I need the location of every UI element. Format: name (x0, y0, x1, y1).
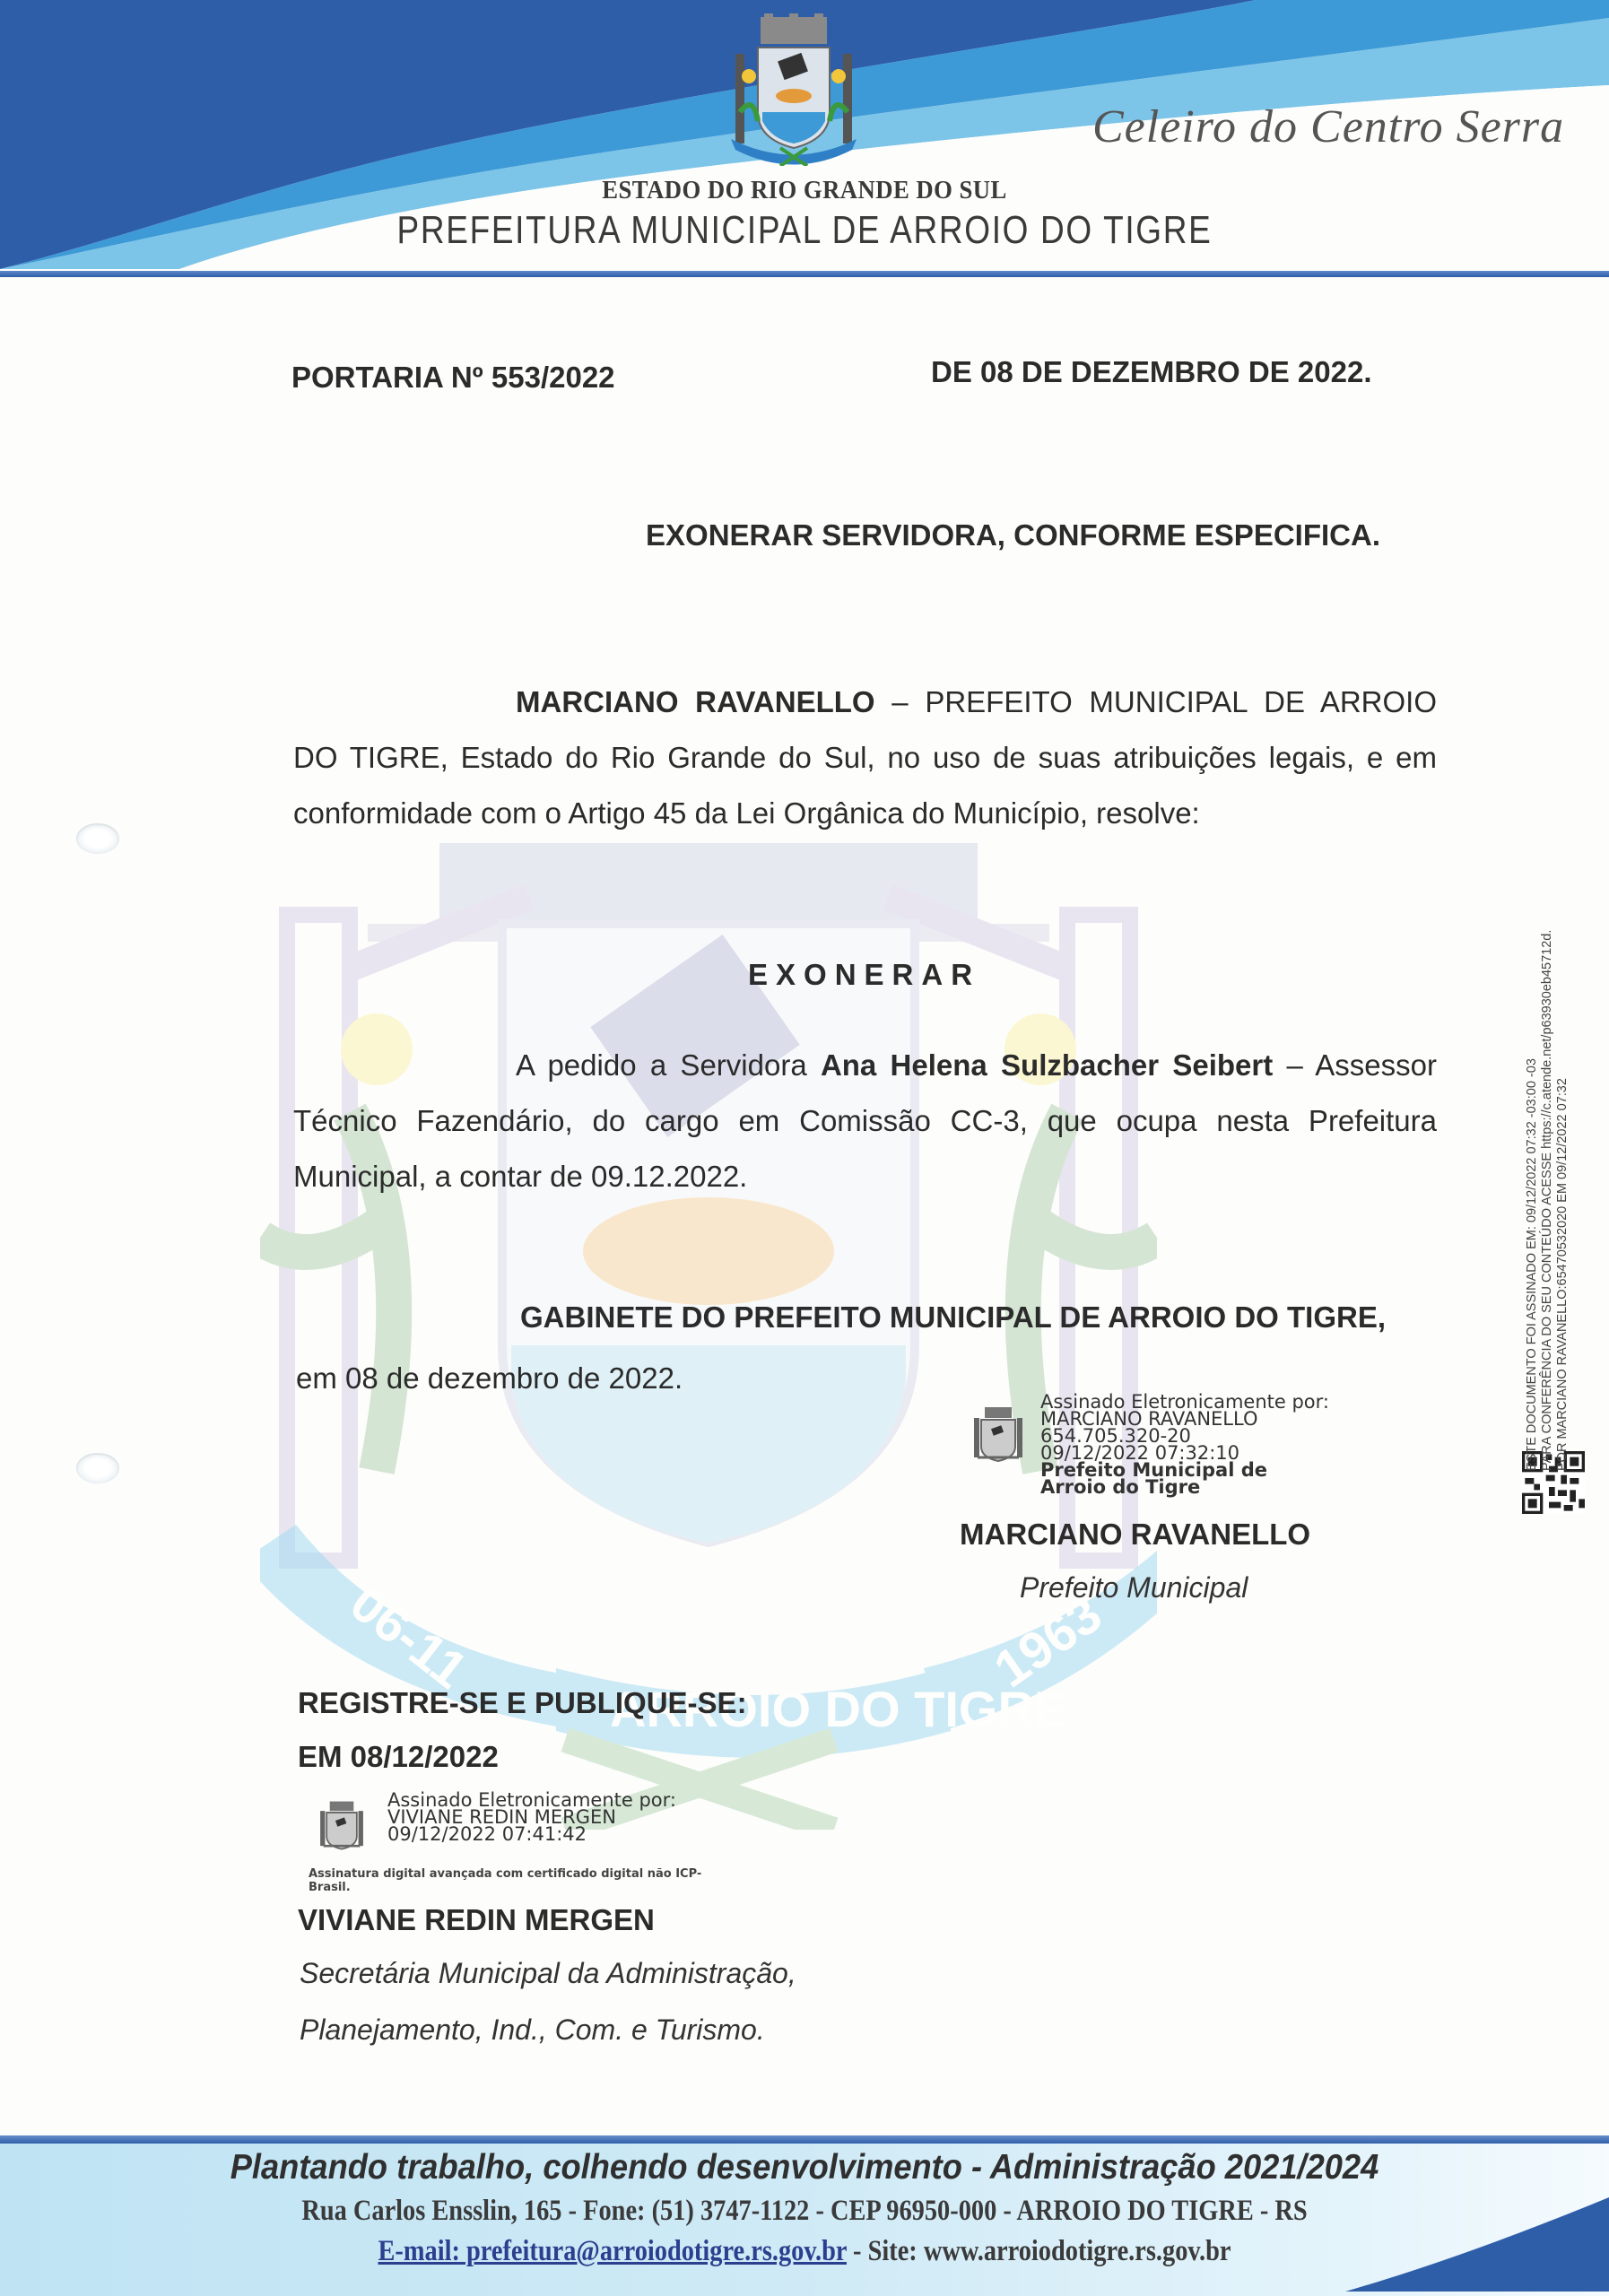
signature-seal-icon (314, 1796, 370, 1857)
header-divider (0, 271, 1609, 277)
state-name: ESTADO DO RIO GRANDE DO SUL (65, 176, 1544, 205)
article-paragraph: A pedido a Servidora Ana Helena Sulzbach… (293, 1038, 1437, 1205)
registration-heading: REGISTRE-SE E PUBLIQUE-SE: (298, 1686, 747, 1720)
mayor-electronic-signature-stamp: Assinado Eletronicamente por: MARCIANO R… (1040, 1394, 1329, 1496)
punch-hole (76, 1453, 119, 1483)
footer-slogan: Plantando trabalho, colhendo desenvolvim… (57, 2148, 1552, 2187)
signature-certificate-note: Assinatura digital avançada com certific… (309, 1867, 730, 1894)
registration-date: EM 08/12/2022 (298, 1740, 499, 1774)
footer-address: Rua Carlos Ensslin, 165 - Fone: (51) 374… (113, 2195, 1497, 2228)
closing-date: em 08 de dezembro de 2022. (296, 1361, 683, 1396)
municipal-coat-of-arms-icon (718, 13, 870, 166)
preamble-paragraph: MARCIANO RAVANELLO – PREFEITO MUNICIPAL … (293, 674, 1437, 841)
crest-watermark: 06-11 ARROIO DO TIGRE 1963 (260, 843, 1157, 1830)
action-heading: EXONERAR (748, 958, 980, 992)
secretary-electronic-signature-stamp: Assinado Eletronicamente por: VIVIANE RE… (387, 1792, 676, 1843)
ordinance-date: DE 08 DE DEZEMBRO DE 2022. (931, 355, 1372, 389)
ordinance-number: PORTARIA Nº 553/2022 (291, 361, 615, 395)
header-motto: Celeiro do Centro Serra (1092, 100, 1564, 153)
secretary-role-line2: Planejamento, Ind., Com. e Turismo. (300, 2013, 765, 2047)
footer-email-link[interactable]: E-mail: prefeitura@arroiodotigre.rs.gov.… (378, 2235, 846, 2267)
secretary-role-line1: Secretária Municipal da Administração, (300, 1957, 796, 1990)
ordinance-subject: EXONERAR SERVIDORA, CONFORME ESPECIFICA. (646, 518, 1380, 552)
mayor-signature-role: Prefeito Municipal (1020, 1571, 1248, 1605)
footer-contact: E-mail: prefeitura@arroiodotigre.rs.gov.… (113, 2235, 1497, 2268)
institution-name: PREFEITURA MUNICIPAL DE ARROIO DO TIGRE (129, 208, 1481, 253)
footer-divider (0, 2135, 1609, 2144)
verification-strip: ESTE DOCUMENTO FOI ASSINADO EM: 09/12/20… (1525, 861, 1570, 1471)
secretary-signature-name: VIVIANE REDIN MERGEN (298, 1903, 655, 1937)
closing-office: GABINETE DO PREFEITO MUNICIPAL DE ARROIO… (520, 1300, 1386, 1335)
punch-hole (76, 823, 119, 854)
footer-site: - Site: www.arroiodotigre.rs.gov.br (847, 2235, 1231, 2267)
mayor-name-inline: MARCIANO RAVANELLO (516, 685, 875, 718)
mayor-signature-name: MARCIANO RAVANELLO (960, 1518, 1310, 1552)
signature-seal-icon (967, 1404, 1030, 1466)
employee-name: Ana Helena Sulzbacher Seibert (821, 1048, 1273, 1082)
